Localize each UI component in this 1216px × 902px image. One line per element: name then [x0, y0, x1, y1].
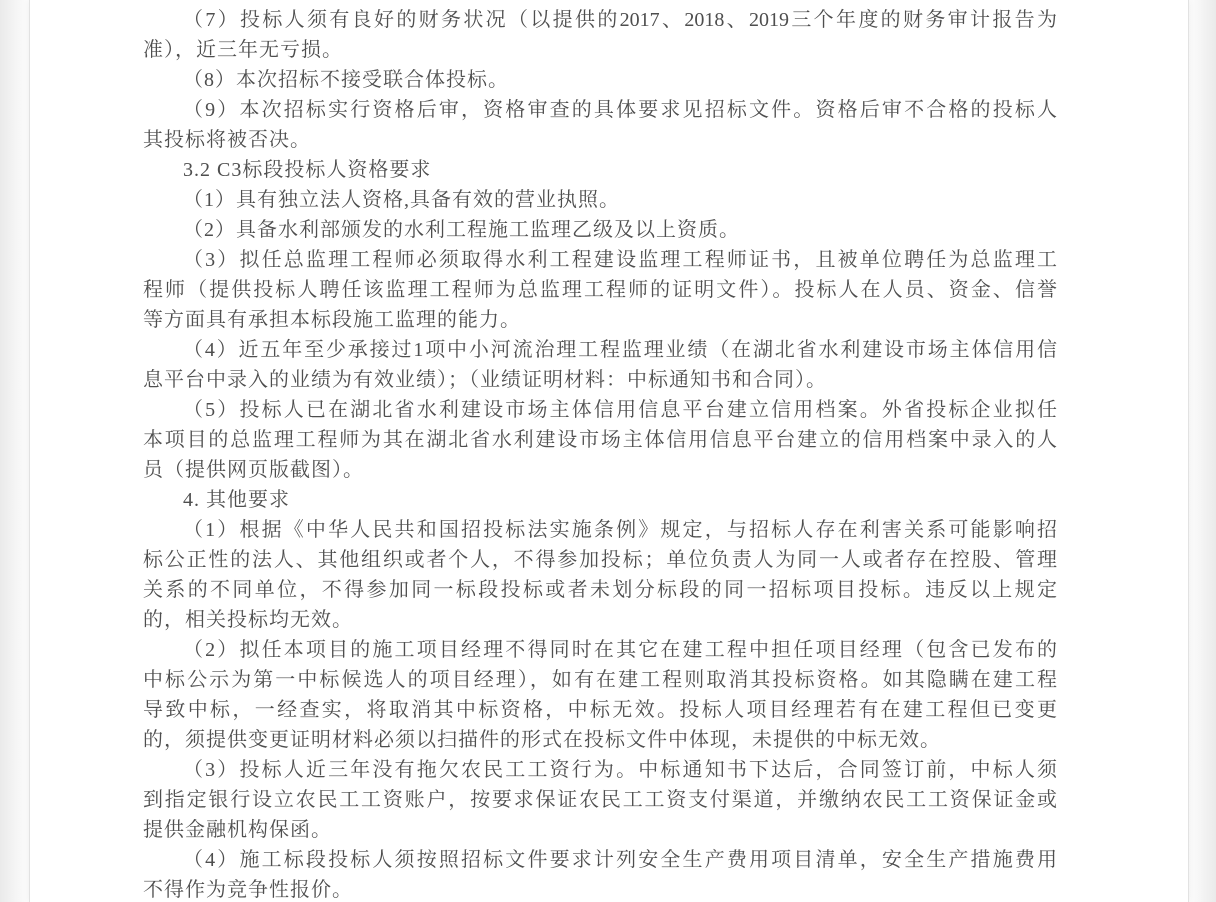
other-clause-1-line: （1）根据《中华人民共和国招投标法实施条例》规定，与招标人存在利害关系可能影响招: [143, 515, 1057, 545]
right-margin: [1189, 0, 1216, 902]
clause-3-line: 等方面具有承担本标段施工监理的能力。: [143, 305, 1057, 335]
other-clause-3-line: （3）投标人近三年没有拖欠农民工工资行为。中标通知书下达后，合同签订前，中标人须: [143, 755, 1057, 785]
other-clause-1-line: 的，相关投标均无效。: [143, 605, 1057, 635]
clause-4-line: （4）近五年至少承接过1项中小河流治理工程监理业绩（在湖北省水利建设市场主体信用…: [143, 335, 1057, 365]
clause-2-line: （2）具备水利部颁发的水利工程施工监理乙级及以上资质。: [143, 215, 1057, 245]
clause-4-line: 息平台中录入的业绩为有效业绩）；（业绩证明材料：中标通知书和合同）。: [143, 365, 1057, 395]
clause-3-line: （3）拟任总监理工程师必须取得水利工程建设监理工程师证书，且被单位聘任为总监理工: [143, 245, 1057, 275]
clause-5-line: 本项目的总监理工程师为其在湖北省水利建设市场主体信用信息平台建立的信用档案中录入…: [143, 425, 1057, 455]
document-content: （7）投标人须有良好的财务状况（以提供的2017、2018、2019三个年度的财…: [30, 0, 1188, 902]
section-4-heading: 4. 其他要求: [143, 485, 1057, 515]
other-clause-2-line: 中标公示为第一中标候选人的项目经理），如有在建工程则取消其投标资格。如其隐瞒在建…: [143, 665, 1057, 695]
other-clause-4-line: 不得作为竞争性报价。: [143, 875, 1057, 902]
other-clause-3-line: 到指定银行设立农民工工资账户，按要求保证农民工工资支付渠道，并缴纳农民工工资保证…: [143, 785, 1057, 815]
clause-9-line: 其投标将被否决。: [143, 125, 1057, 155]
clause-5-line: 员（提供网页版截图）。: [143, 455, 1057, 485]
document-page: （7）投标人须有良好的财务状况（以提供的2017、2018、2019三个年度的财…: [29, 0, 1189, 902]
left-margin: [0, 0, 29, 902]
other-clause-1-line: 标公正性的法人、其他组织或者个人，不得参加投标；单位负责人为同一人或者存在控股、…: [143, 545, 1057, 575]
clause-8-line: （8）本次招标不接受联合体投标。: [143, 65, 1057, 95]
other-clause-1-line: 关系的不同单位，不得参加同一标段投标或者未划分标段的同一招标项目投标。违反以上规…: [143, 575, 1057, 605]
clause-9-line: （9）本次招标实行资格后审，资格审查的具体要求见招标文件。资格后审不合格的投标人: [143, 95, 1057, 125]
other-clause-4-line: （4）施工标段投标人须按照招标文件要求计列安全生产费用项目清单，安全生产措施费用: [143, 845, 1057, 875]
clause-5-line: （5）投标人已在湖北省水利建设市场主体信用信息平台建立信用档案。外省投标企业拟任: [143, 395, 1057, 425]
other-clause-2-line: （2）拟任本项目的施工项目经理不得同时在其它在建工程中担任项目经理（包含已发布的: [143, 635, 1057, 665]
clause-7-line: （7）投标人须有良好的财务状况（以提供的2017、2018、2019三个年度的财…: [143, 5, 1057, 35]
clause-1-line: （1）具有独立法人资格,具备有效的营业执照。: [143, 185, 1057, 215]
section-3-2-heading: 3.2 C3标段投标人资格要求: [143, 155, 1057, 185]
other-clause-2-line: 的，须提供变更证明材料必须以扫描件的形式在投标文件中体现，未提供的中标无效。: [143, 725, 1057, 755]
clause-3-line: 程师（提供投标人聘任该监理工程师为总监理工程师的证明文件）。投标人在人员、资金、…: [143, 275, 1057, 305]
clause-7-line: 准），近三年无亏损。: [143, 35, 1057, 65]
other-clause-2-line: 导致中标，一经查实，将取消其中标资格，中标无效。投标人项目经理若有在建工程但已变…: [143, 695, 1057, 725]
other-clause-3-line: 提供金融机构保函。: [143, 815, 1057, 845]
